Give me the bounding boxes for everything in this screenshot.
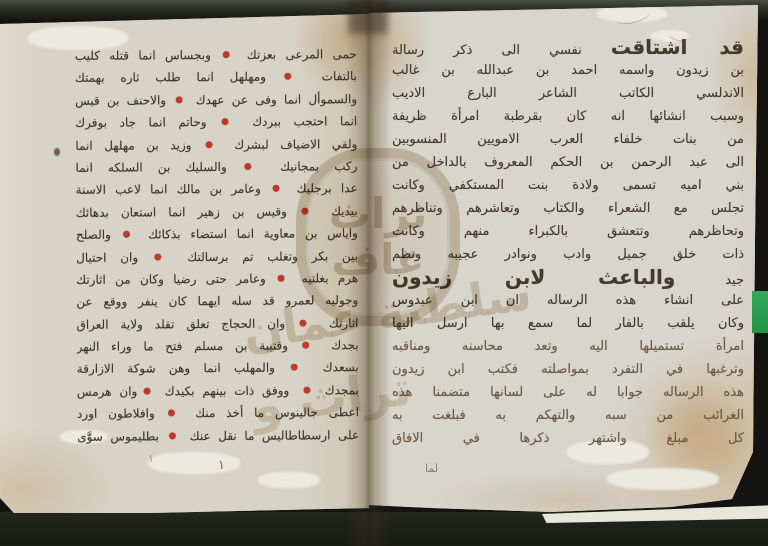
paper-flake	[607, 468, 719, 490]
red-dot-separator: ●	[142, 252, 174, 262]
manuscript-line: بمجدك ● ووفق ذات بينهم بكيدك ● وان هرمس	[77, 379, 359, 403]
red-dot-separator: ●	[163, 431, 182, 441]
manuscript-line: عدا برجليك ● وعامر بن مالك انما لاعب الا…	[76, 177, 358, 201]
manuscript-line: انما احتجب ببردك ● وحاتم انما جاد بوفرك	[75, 110, 357, 134]
red-dot-separator: ●	[297, 385, 317, 395]
manuscript-line: قد اشتاقت نفسي الى ذكر رسالة	[392, 36, 744, 59]
manuscript-line: وترغبها في التفرد بمواصلته فكتب ابن زيدو…	[392, 358, 744, 381]
manuscript-line: ولقي الاضياف لبشرك ● وزيد بن مهلهل انما	[75, 133, 357, 157]
manuscript-line: بجدك ● وقتيبة بن مسلم فتح ما وراء النهر	[77, 334, 359, 358]
red-dot-separator: ●	[115, 230, 139, 240]
manuscript-line: من بنات خلفاء العرب الامويين المنسوبين	[392, 128, 744, 151]
manuscript-line: على ارسطاطاليس ما نقل عنك ● بطليموس سوَّ…	[77, 424, 359, 448]
page-right: قد اشتاقت نفسي الى ذكر رسالةبن زيدون واس…	[369, 0, 768, 546]
paper-flake	[258, 472, 320, 488]
red-dot-separator: ●	[231, 162, 266, 172]
paper-flake	[148, 452, 240, 474]
catchword-right: لما	[425, 462, 438, 475]
manuscript-line: بني اميه تسمى ولادة بنت المستكفي وكانت	[392, 174, 744, 197]
manuscript-line: وتحاظرهم وتتعشق بالكبراء منهم وكانت	[392, 220, 744, 243]
red-dot-separator: ●	[289, 318, 317, 328]
catchword-left: ۱	[218, 458, 225, 473]
manuscript-line: بن زيدون واسمه احمد بن عبدالله بن غالب	[392, 59, 744, 82]
manuscript-line: الاندلسي الكاتب الشاعر البارع الاديب	[392, 82, 744, 105]
manuscript-scan: حمى المرعى بعزتك ● وبجساس انما قتله كليب…	[0, 0, 768, 546]
manuscript-line: واياس بن معاوية انما استضاء بذكائك ● وال…	[76, 222, 358, 246]
manuscript-line: هرم بغلتيه ● وعامر حتى رضيا وكان من اثار…	[76, 267, 358, 291]
manuscript-line: وكان يلقب بالفار لما سمع بها ارسل اليها	[392, 312, 744, 335]
red-dot-separator: ●	[195, 140, 222, 150]
red-dot-separator: ●	[270, 273, 293, 283]
manuscript-line: بيديك ● وقيس بن زهير انما استعان بدهائك	[76, 200, 358, 224]
ink-spot	[54, 148, 60, 156]
red-dot-separator: ●	[270, 72, 306, 82]
red-dot-separator: ●	[158, 408, 184, 418]
manuscript-line: وجوليه لعمرو قد سله ايهما كان ينفر ووقع …	[76, 289, 358, 313]
red-dot-separator: ●	[215, 50, 238, 60]
manuscript-line: على انشاء هذه الرساله ان ابن عبدوس	[392, 289, 744, 312]
red-dot-separator: ●	[265, 184, 288, 194]
manuscript-line: ذات خلق جميل وادب ونوادر عجيبه ونظم	[392, 243, 744, 266]
red-dot-separator: ●	[141, 386, 157, 396]
manuscript-line: ركب بمجانيك ● والسليك بن السلكه انما	[75, 155, 357, 179]
calligraphic-heading: والباعث لابن زيدون	[392, 266, 675, 289]
text-block-right: قد اشتاقت نفسي الى ذكر رسالةبن زيدون واس…	[392, 36, 744, 450]
red-dot-separator: ●	[292, 340, 320, 350]
manuscript-line: حمى المرعى بعزتك ● وبجساس انما قتله كليب	[75, 43, 357, 67]
manuscript-line: كل مبلغ واشتهر ذكرها في الافاق	[392, 427, 744, 450]
manuscript-line: وسبب انشائها انه كان بقرطبة امرأة ظريفة	[392, 105, 744, 128]
manuscript-line: الغرائب من سبه والتهكم به فبلغت به	[392, 404, 744, 427]
red-dot-separator: ●	[210, 117, 239, 127]
manuscript-line: بسعدك ● والمهلب انما وهن شوكة الازارقة	[77, 357, 359, 381]
cover-green-patch	[752, 291, 768, 333]
manuscript-line: جيد والباعث لابن زيدون	[392, 266, 744, 289]
manuscript-line: هذه الرساله جوابا له على لسانها متضمنا ه…	[392, 381, 744, 404]
red-dot-separator: ●	[279, 363, 310, 373]
manuscript-line: بين بكر وتغلب تم برسالتك ● وان احتيال	[76, 245, 358, 269]
manuscript-line: والسموأل انما وفى عن عهدك ● والاحنف بن ق…	[75, 88, 357, 112]
manuscript-line: اعطى جالينوس ما أخذ منك ● وافلاطون اورد	[77, 401, 359, 425]
gutter-top-stain	[348, 0, 388, 34]
manuscript-line: تجلس مع الشعراء والكتاب وتعاشرهم وتناظره…	[392, 197, 744, 220]
manuscript-line: بالتفات ● ومهلهل انما طلب ثاره بهمتك	[75, 66, 357, 90]
page-left: حمى المرعى بعزتك ● وبجساس انما قتله كليب…	[0, 0, 369, 546]
text-block-left: حمى المرعى بعزتك ● وبجساس انما قتله كليب…	[75, 43, 359, 448]
manuscript-line: اثارتك ● وان الحجاج تعلق تقلد ولاية العر…	[76, 312, 358, 336]
catchword-left-2: ۱	[148, 452, 154, 465]
manuscript-line: امرأة تستميلها اليه وتعد محاسنه ومناقبه	[392, 335, 744, 358]
manuscript-line: الى عبد الرحمن بن الحكم المعروف بالداخل …	[392, 151, 744, 174]
calligraphic-heading: قد اشتاقت	[611, 36, 744, 59]
red-dot-separator: ●	[170, 95, 189, 105]
red-dot-separator: ●	[291, 206, 319, 216]
